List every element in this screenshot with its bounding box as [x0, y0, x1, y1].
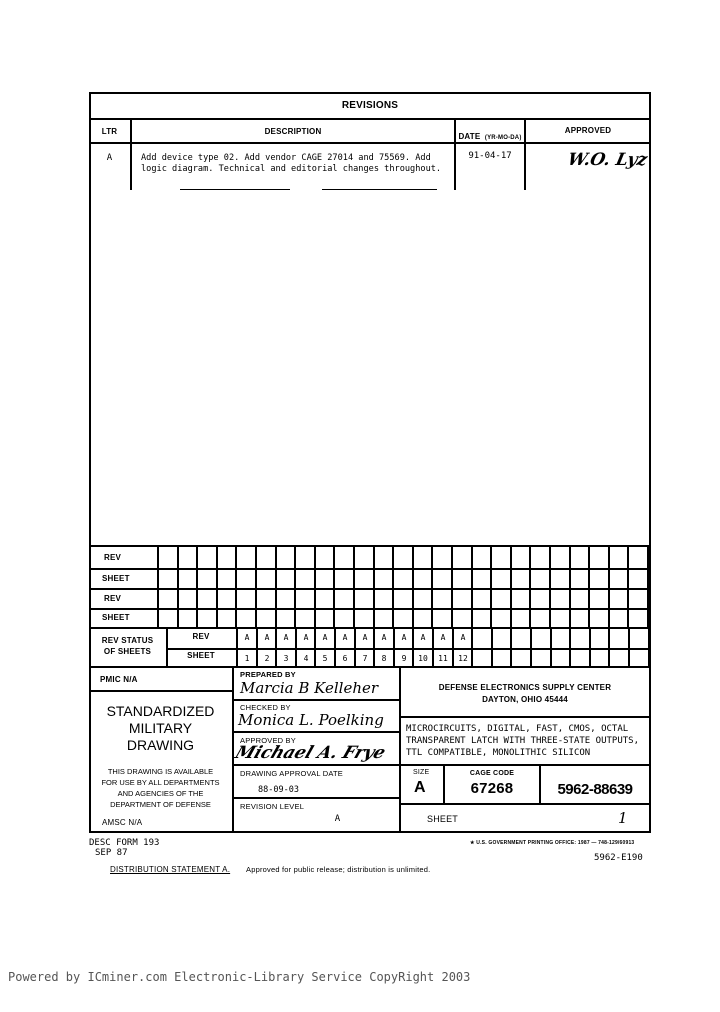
- sheet-number-cell: 11: [434, 654, 452, 663]
- grid-col-line: [510, 627, 512, 668]
- availability-line3: AND AGENCIES OF THE: [89, 788, 232, 799]
- smd-title: STANDARDIZED MILITARY DRAWING: [89, 703, 232, 754]
- grid-col-line: [530, 627, 532, 668]
- divider: [399, 803, 651, 805]
- grid-col-line: [490, 545, 492, 628]
- grid-col-line: [608, 627, 610, 668]
- grid-col-line: [196, 545, 198, 628]
- grid-row-line: [89, 568, 651, 570]
- document-code: 5962-E190: [594, 853, 643, 863]
- sheet-number-cell: 2: [258, 654, 276, 663]
- sheet-number-cell: 6: [336, 654, 354, 663]
- drawing-number: 5962-88639: [541, 781, 649, 798]
- grid-col-line: [628, 627, 630, 668]
- grid-col-line: [275, 545, 277, 628]
- divider: [89, 118, 651, 120]
- revision-approved-signature: W.O. Lyz: [566, 150, 649, 170]
- grid-col-line: [412, 545, 414, 628]
- drawing-description-line3: TTL COMPATIBLE, MONOLITHIC SILICON: [406, 748, 590, 758]
- sheet-number-cell: 5: [316, 654, 334, 663]
- grid-col-line: [648, 627, 650, 668]
- grid-col-line: [216, 545, 218, 628]
- sheet-rev-cell: A: [258, 633, 276, 642]
- cage-code-label: CAGE CODE: [445, 770, 539, 777]
- grid-col-line: [529, 545, 531, 628]
- availability-notice: THIS DRAWING IS AVAILABLE FOR USE BY ALL…: [89, 766, 232, 810]
- availability-line4: DEPARTMENT OF DEFENSE: [89, 799, 232, 810]
- grid-col-line: [510, 545, 512, 628]
- distribution-statement-text: Approved for public release; distributio…: [246, 865, 430, 874]
- divider: [399, 764, 651, 766]
- grid-col-line: [314, 545, 316, 628]
- sheet-number-cell: 3: [277, 654, 295, 663]
- col-header-approved: APPROVED: [526, 126, 650, 135]
- divider: [232, 666, 234, 833]
- rev-status-label-line2: OF SHEETS: [89, 647, 166, 656]
- grid-row-label-sheet-2: SHEET: [102, 613, 130, 622]
- pmic-label: PMIC N/A: [100, 675, 138, 684]
- grid-col-line: [157, 545, 159, 628]
- sheet-rev-cell: A: [336, 633, 354, 642]
- rev-status-label-line1: REV STATUS: [89, 636, 166, 645]
- sheet-label: SHEET: [427, 814, 458, 824]
- grid-col-line: [569, 545, 571, 628]
- sheet-number-cell: 8: [375, 654, 393, 663]
- revision-level-label: REVISION LEVEL: [240, 802, 304, 811]
- smd-title-line2: MILITARY: [89, 720, 232, 737]
- grid-col-line: [647, 545, 649, 628]
- grid-col-line: [549, 545, 551, 628]
- watermark: Powered by ICminer.com Electronic-Librar…: [8, 970, 470, 984]
- sheet-number-cell: 4: [297, 654, 315, 663]
- revisions-title: REVISIONS: [89, 100, 651, 111]
- revision-description-line2: logic diagram. Technical and editorial c…: [141, 164, 441, 174]
- drawing-description-line1: MICROCIRCUITS, DIGITAL, FAST, CMOS, OCTA…: [406, 724, 628, 734]
- grid-col-line: [294, 545, 296, 628]
- grid-row-line: [166, 648, 651, 650]
- grid-col-line: [627, 545, 629, 628]
- smd-title-line3: DRAWING: [89, 737, 232, 754]
- agency-line1: DEFENSE ELECTRONICS SUPPLY CENTER: [401, 683, 649, 692]
- dashed-underline: [180, 189, 290, 190]
- divider: [232, 764, 399, 766]
- sheet-number-cell: 7: [356, 654, 374, 663]
- sheet-rev-cell: A: [454, 633, 472, 642]
- sheet-rev-cell: A: [434, 633, 452, 642]
- sheet-rev-cell: A: [375, 633, 393, 642]
- status-rev-label: REV: [166, 632, 236, 641]
- grid-col-line: [550, 627, 552, 668]
- grid-col-line: [589, 627, 591, 668]
- grid-col-line: [491, 627, 493, 668]
- sheet-rev-cell: A: [356, 633, 374, 642]
- grid-col-line: [471, 545, 473, 628]
- divider: [232, 731, 399, 733]
- grid-col-line: [588, 545, 590, 628]
- sheet-rev-cell: A: [238, 633, 256, 642]
- sheet-number: 1: [618, 809, 628, 827]
- grid-col-line: [177, 545, 179, 628]
- col-header-description: DESCRIPTION: [132, 127, 454, 136]
- grid-col-line: [353, 545, 355, 628]
- dashed-underline: [322, 189, 437, 190]
- sheet-rev-cell: A: [395, 633, 413, 642]
- grid-row-label-sheet-1: SHEET: [102, 574, 130, 583]
- status-sheet-label: SHEET: [166, 651, 236, 660]
- divider: [89, 690, 232, 692]
- grid-row-line: [89, 608, 651, 610]
- availability-line2: FOR USE BY ALL DEPARTMENTS: [89, 777, 232, 788]
- sheet-rev-cell: A: [297, 633, 315, 642]
- date-format: (YR-MO-DA): [485, 135, 522, 141]
- size-label: SIZE: [413, 769, 429, 776]
- approval-date: 88-09-03: [258, 785, 299, 795]
- sheet-rev-cell: A: [277, 633, 295, 642]
- divider: [399, 716, 651, 718]
- approved-by-signature: Michael A. Frye: [232, 743, 388, 763]
- sheet-rev-cell: A: [414, 633, 432, 642]
- grid-col-line: [608, 545, 610, 628]
- form-date: SEP 87: [95, 848, 128, 858]
- divider: [232, 797, 399, 799]
- revision-date: 91-04-17: [456, 151, 524, 161]
- approval-date-label: DRAWING APPROVAL DATE: [240, 769, 343, 778]
- grid-col-line: [373, 545, 375, 628]
- cage-code-value: 67268: [445, 780, 539, 797]
- grid-row-label-rev-1: REV: [104, 553, 121, 562]
- grid-row-line: [89, 588, 651, 590]
- grid-row-label-rev-2: REV: [104, 594, 121, 603]
- sheet-number-cell: 12: [454, 654, 472, 663]
- grid-row-line: [89, 627, 651, 629]
- sheet-number-cell: 9: [395, 654, 413, 663]
- checked-by-signature: Monica L. Poelking: [238, 711, 384, 729]
- col-header-ltr: LTR: [89, 127, 130, 136]
- revision-level: A: [300, 814, 375, 824]
- availability-line1: THIS DRAWING IS AVAILABLE: [89, 766, 232, 777]
- gpo-notice: ★ U.S. GOVERNMENT PRINTING OFFICE: 1987 …: [470, 840, 634, 846]
- drawing-description-line2: TRANSPARENT LATCH WITH THREE-STATE OUTPU…: [406, 736, 639, 746]
- grid-col-line: [451, 545, 453, 628]
- amsc-label: AMSC N/A: [102, 818, 142, 827]
- distribution-statement-label: DISTRIBUTION STATEMENT A.: [110, 865, 230, 874]
- grid-col-line: [255, 545, 257, 628]
- prepared-by-signature: Marcia B Kelleher: [240, 679, 378, 697]
- smd-title-line1: STANDARDIZED: [89, 703, 232, 720]
- divider: [89, 142, 651, 144]
- sheet-number-cell: 1: [238, 654, 256, 663]
- sheet-rev-cell: A: [316, 633, 334, 642]
- divider: [232, 699, 399, 701]
- date-label: DATE: [458, 132, 480, 141]
- grid-col-line: [431, 545, 433, 628]
- revision-description-line1: Add device type 02. Add vendor CAGE 2701…: [141, 153, 431, 163]
- agency-line2: DAYTON, OHIO 45444: [401, 695, 649, 704]
- size-value: A: [414, 779, 426, 797]
- revision-ltr: A: [89, 153, 130, 163]
- sheet-number-cell: 10: [414, 654, 432, 663]
- form-number: DESC FORM 193: [89, 838, 159, 848]
- col-header-date: DATE (YR-MO-DA): [456, 126, 524, 144]
- grid-col-line: [333, 545, 335, 628]
- grid-col-line: [235, 545, 237, 628]
- grid-col-line: [392, 545, 394, 628]
- prepared-by-label: PREPARED BY: [240, 670, 296, 679]
- grid-col-line: [569, 627, 571, 668]
